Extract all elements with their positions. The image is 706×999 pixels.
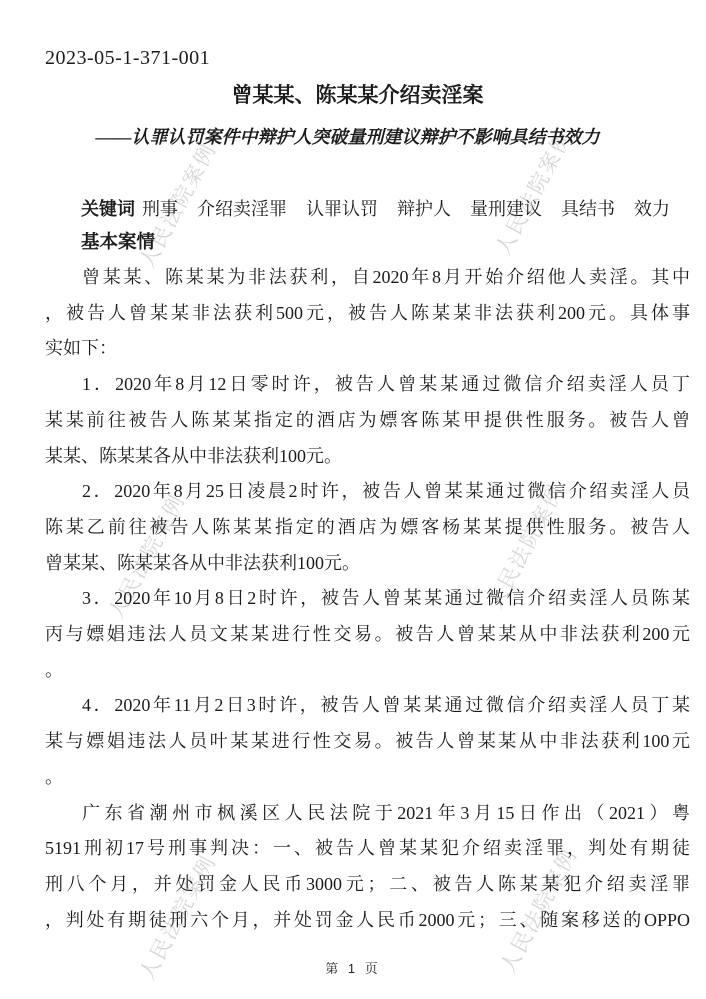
- body-line: 3．2020年10月8日2时许，被告人曾某某通过微信介绍卖淫人员陈某: [45, 581, 690, 617]
- body-line: 5191刑初17号刑事判决：一、被告人曾某某犯介绍卖淫罪，判处有期徒: [45, 831, 690, 867]
- keyword-term: 具结书: [561, 199, 615, 219]
- body-line: 1．2020年8月12日零时许，被告人曾某某通过微信介绍卖淫人员丁: [45, 367, 690, 403]
- page-footer: 第 1 页: [0, 958, 706, 977]
- body-line: 丙与嫖娼违法人员文某某进行性交易。被告人曾某某从中非法获利200元: [45, 617, 690, 653]
- case-subtitle: ——认罪认罚案件中辩护人突破量刑建议辩护不影响具结书效力: [45, 124, 650, 150]
- body-line: ，被告人曾某某非法获利500元，被告人陈某某非法获利200元。具体事: [45, 296, 690, 332]
- keyword-term: 量刑建议: [470, 199, 542, 219]
- body-line: 某某、陈某某各从中非法获利100元。: [45, 439, 690, 475]
- keyword-term: 辩护人: [397, 199, 451, 219]
- keywords-row: 关键词刑事介绍卖淫罪认罪认罚辩护人量刑建议具结书效力: [45, 196, 690, 222]
- body-line: 。: [45, 760, 690, 796]
- body-line: 某某前往被告人陈某某指定的酒店为嫖客陈某甲提供性服务。被告人曾: [45, 403, 690, 439]
- case-number: 2023-05-1-371-001: [45, 46, 690, 70]
- body-line: 某与嫖娼违法人员叶某某进行性交易。被告人曾某某从中非法获利100元: [45, 724, 690, 760]
- keyword-term: 效力: [634, 199, 670, 219]
- body-line: 实如下：: [45, 331, 690, 367]
- keyword-term: 认罪认罚: [306, 199, 378, 219]
- body-line: 曾某某、陈某某各从中非法获利100元。: [45, 546, 690, 582]
- body-line: 刑八个月，并处罚金人民币3000元；二、被告人陈某某犯介绍卖淫罪: [45, 867, 690, 903]
- body-line: ，判处有期徒刑六个月，并处罚金人民币2000元；三、随案移送的OPPO: [45, 903, 690, 939]
- document-page: 人民法院案例 人民法院案例 人民法院案例 人民法院案例 人民法院案例 人民法院案…: [0, 0, 706, 999]
- keyword-term: 刑事: [142, 199, 178, 219]
- body-line: 曾某某、陈某某为非法获利，自2020年8月开始介绍他人卖淫。其中: [45, 260, 690, 296]
- case-title: 曾某某、陈某某介绍卖淫案: [45, 82, 670, 110]
- body-line: 陈某乙前往被告人陈某某指定的酒店为嫖客杨某某提供性服务。被告人: [45, 510, 690, 546]
- keyword-term: 介绍卖淫罪: [197, 199, 287, 219]
- case-body: 曾某某、陈某某为非法获利，自2020年8月开始介绍他人卖淫。其中，被告人曾某某非…: [45, 260, 690, 938]
- keywords-terms: 刑事介绍卖淫罪认罪认罚辩护人量刑建议具结书效力: [135, 199, 670, 219]
- keywords-label: 关键词: [81, 199, 135, 219]
- body-line: 4．2020年11月2日3时许，被告人曾某某通过微信介绍卖淫人员丁某: [45, 688, 690, 724]
- section-heading-basic-facts: 基本案情: [45, 229, 690, 255]
- body-line: 。: [45, 653, 690, 689]
- document-content: 2023-05-1-371-001 曾某某、陈某某介绍卖淫案 ——认罪认罚案件中…: [0, 46, 706, 938]
- body-line: 广东省潮州市枫溪区人民法院于2021年3月15日作出（2021）粤: [45, 796, 690, 832]
- body-line: 2．2020年8月25日凌晨2时许，被告人曾某某通过微信介绍卖淫人员: [45, 474, 690, 510]
